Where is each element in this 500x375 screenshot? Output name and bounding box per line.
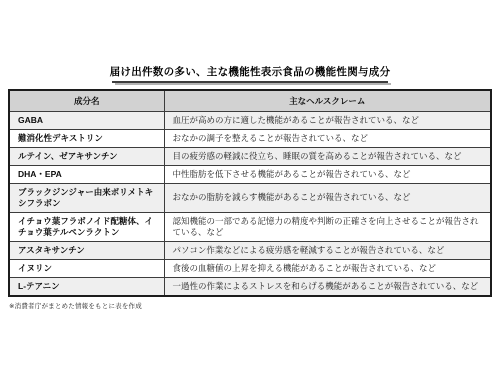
claim-cell: 中性脂肪を低下させる機能があることが報告されている、など — [164, 165, 491, 183]
ingredient-cell: L-テアニン — [9, 277, 164, 296]
claim-cell: 認知機能の一部である記憶力の精度や判断の正確さを向上させることが報告されている、… — [164, 212, 491, 241]
ingredient-cell: GABA — [9, 111, 164, 129]
claim-cell: 血圧が高めの方に適した機能があることが報告されている、など — [164, 111, 491, 129]
claim-cell: おなかの脂肪を減らす機能があることが報告されている、など — [164, 183, 491, 212]
table-row: 難消化性デキストリン おなかの調子を整えることが報告されている、など — [9, 129, 491, 147]
claim-cell: 一過性の作業によるストレスを和らげる機能があることが報告されている、など — [164, 277, 491, 296]
claim-cell: 食後の血糖値の上昇を抑える機能があることが報告されている、など — [164, 259, 491, 277]
table-row: DHA・EPA 中性脂肪を低下させる機能があることが報告されている、など — [9, 165, 491, 183]
table-row: イヌリン 食後の血糖値の上昇を抑える機能があることが報告されている、など — [9, 259, 491, 277]
table-header-row: 成分名 主なヘルスクレーム — [9, 90, 491, 111]
table-row: L-テアニン 一過性の作業によるストレスを和らげる機能があることが報告されている… — [9, 277, 491, 296]
ingredients-table: 成分名 主なヘルスクレーム GABA 血圧が高めの方に適した機能があることが報告… — [8, 89, 492, 297]
claim-cell: おなかの調子を整えることが報告されている、など — [164, 129, 491, 147]
ingredient-cell: イチョウ葉フラボノイド配糖体、イチョウ葉テルペンラクトン — [9, 212, 164, 241]
table-row: GABA 血圧が高めの方に適した機能があることが報告されている、など — [9, 111, 491, 129]
table-row: ルテイン、ゼアキサンチン 目の疲労感の軽減に役立ち、睡眠の質を高めることが報告さ… — [9, 147, 491, 165]
ingredient-cell: アスタキサンチン — [9, 241, 164, 259]
ingredient-cell: ルテイン、ゼアキサンチン — [9, 147, 164, 165]
header-ingredient-name: 成分名 — [9, 90, 164, 111]
footnote: ※消費者庁がまとめた情報をもとに表を作成 — [9, 301, 500, 310]
claim-cell: パソコン作業などによる疲労感を軽減することが報告されている、など — [164, 241, 491, 259]
page: 届け出件数の多い、主な機能性表示食品の機能性関与成分 成分名 主なヘルスクレーム… — [0, 0, 500, 375]
claim-cell: 目の疲労感の軽減に役立ち、睡眠の質を高めることが報告されている、など — [164, 147, 491, 165]
ingredient-cell: イヌリン — [9, 259, 164, 277]
table-row: ブラックジンジャー由来ポリメトキシフラボン おなかの脂肪を減らす機能があることが… — [9, 183, 491, 212]
ingredient-cell: ブラックジンジャー由来ポリメトキシフラボン — [9, 183, 164, 212]
page-title: 届け出件数の多い、主な機能性表示食品の機能性関与成分 — [110, 66, 391, 80]
table-row: イチョウ葉フラボノイド配糖体、イチョウ葉テルペンラクトン 認知機能の一部である記… — [9, 212, 491, 241]
title-block: 届け出件数の多い、主な機能性表示食品の機能性関与成分 — [0, 62, 500, 83]
table-row: アスタキサンチン パソコン作業などによる疲労感を軽減することが報告されている、な… — [9, 241, 491, 259]
header-health-claim: 主なヘルスクレーム — [164, 90, 491, 111]
ingredient-cell: DHA・EPA — [9, 165, 164, 183]
ingredient-cell: 難消化性デキストリン — [9, 129, 164, 147]
title-underline — [112, 81, 388, 83]
